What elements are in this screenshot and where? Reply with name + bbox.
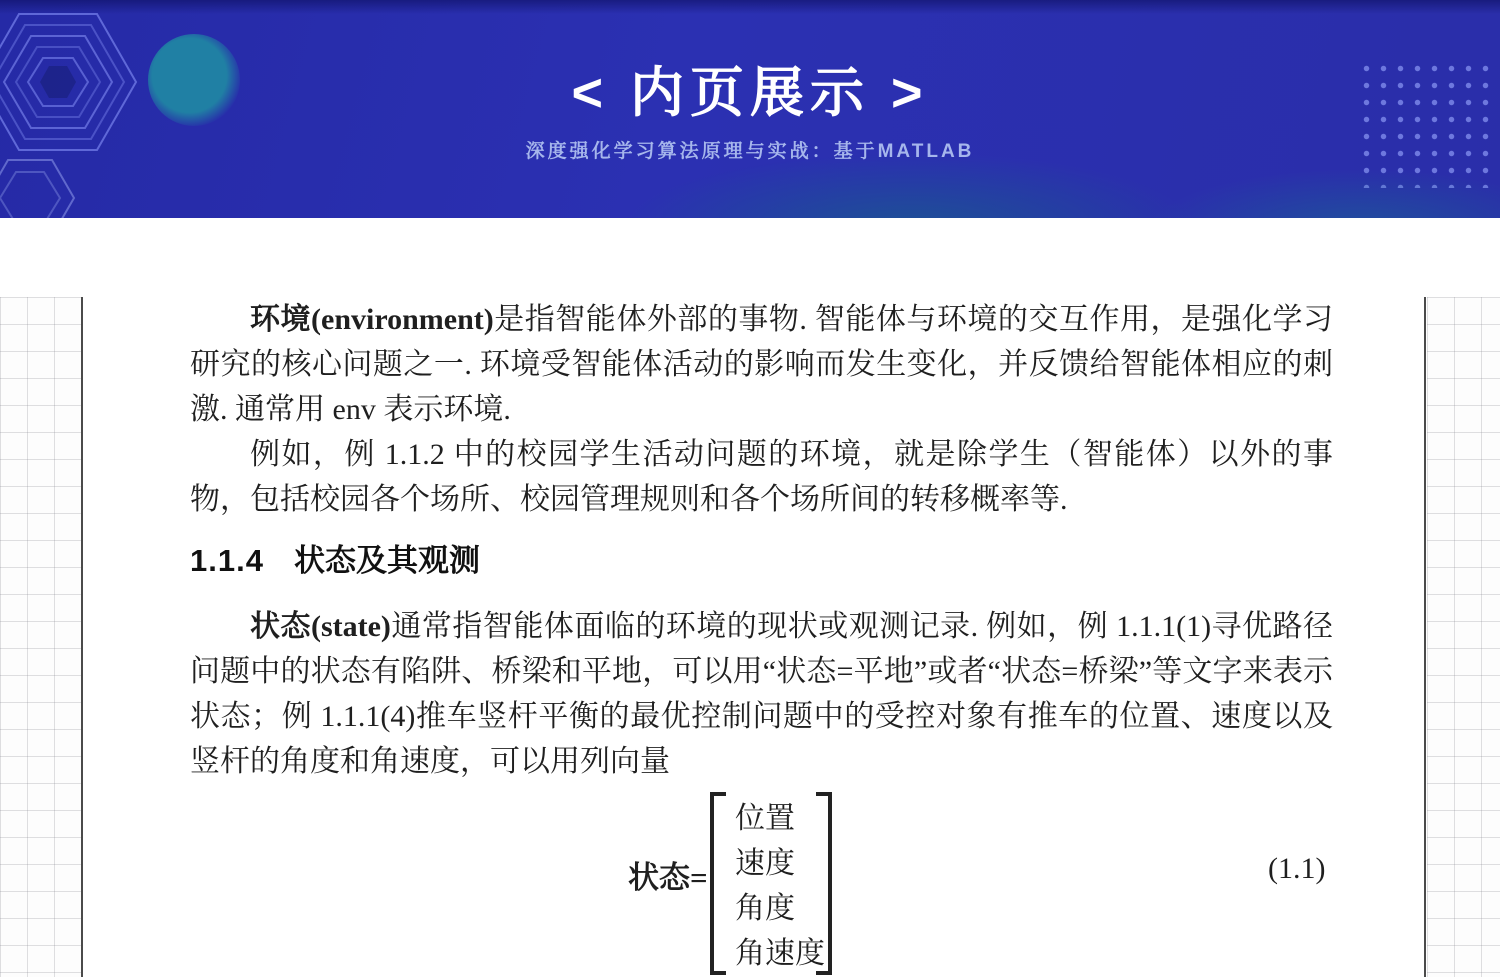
left-bracket [710,792,726,975]
paragraph-environment: 环境(environment)是指智能体外部的事物. 智能体与环境的交互作用，是… [190,297,1333,432]
screenshot-root: < 内页展示 > 深度强化学习算法原理与实战：基于MATLAB 环境(envir… [0,0,1500,977]
paragraph-example: 例如，例 1.1.2 中的校园学生活动问题的环境，就是除学生（智能体）以外的事物… [190,432,1333,522]
equation-number: (1.1) [1268,852,1325,886]
term-environment: 环境(environment) [250,303,494,336]
paragraph-state: 状态(state)通常指智能体面临的环境的现状或观测记录. 例如，例 1.1.1… [190,604,1333,784]
right-bracket [816,792,832,975]
banner-title: < 内页展示 > [0,50,1500,127]
term-state: 状态(state) [250,610,391,643]
left-margin-grid [0,297,81,977]
equation-lhs: 状态= [628,852,708,897]
section-title: 状态及其观测 [294,543,480,578]
teal-arc-decoration [1150,170,1500,218]
book-page-content: 环境(environment)是指智能体外部的事物. 智能体与环境的交互作用，是… [190,297,1333,977]
right-margin-grid [1427,297,1500,977]
promo-banner: < 内页展示 > 深度强化学习算法原理与实战：基于MATLAB [0,0,1500,218]
banner-subtitle: 深度强化学习算法原理与实战：基于MATLAB [0,136,1500,163]
section-number: 1.1.4 [190,543,264,578]
page-left-edge [81,297,83,977]
page-right-edge [1424,297,1426,977]
equation: 状态= 位置 速度 角度 角速度 (1.1) [190,790,1333,977]
section-heading: 1.1.4状态及其观测 [190,538,1333,584]
